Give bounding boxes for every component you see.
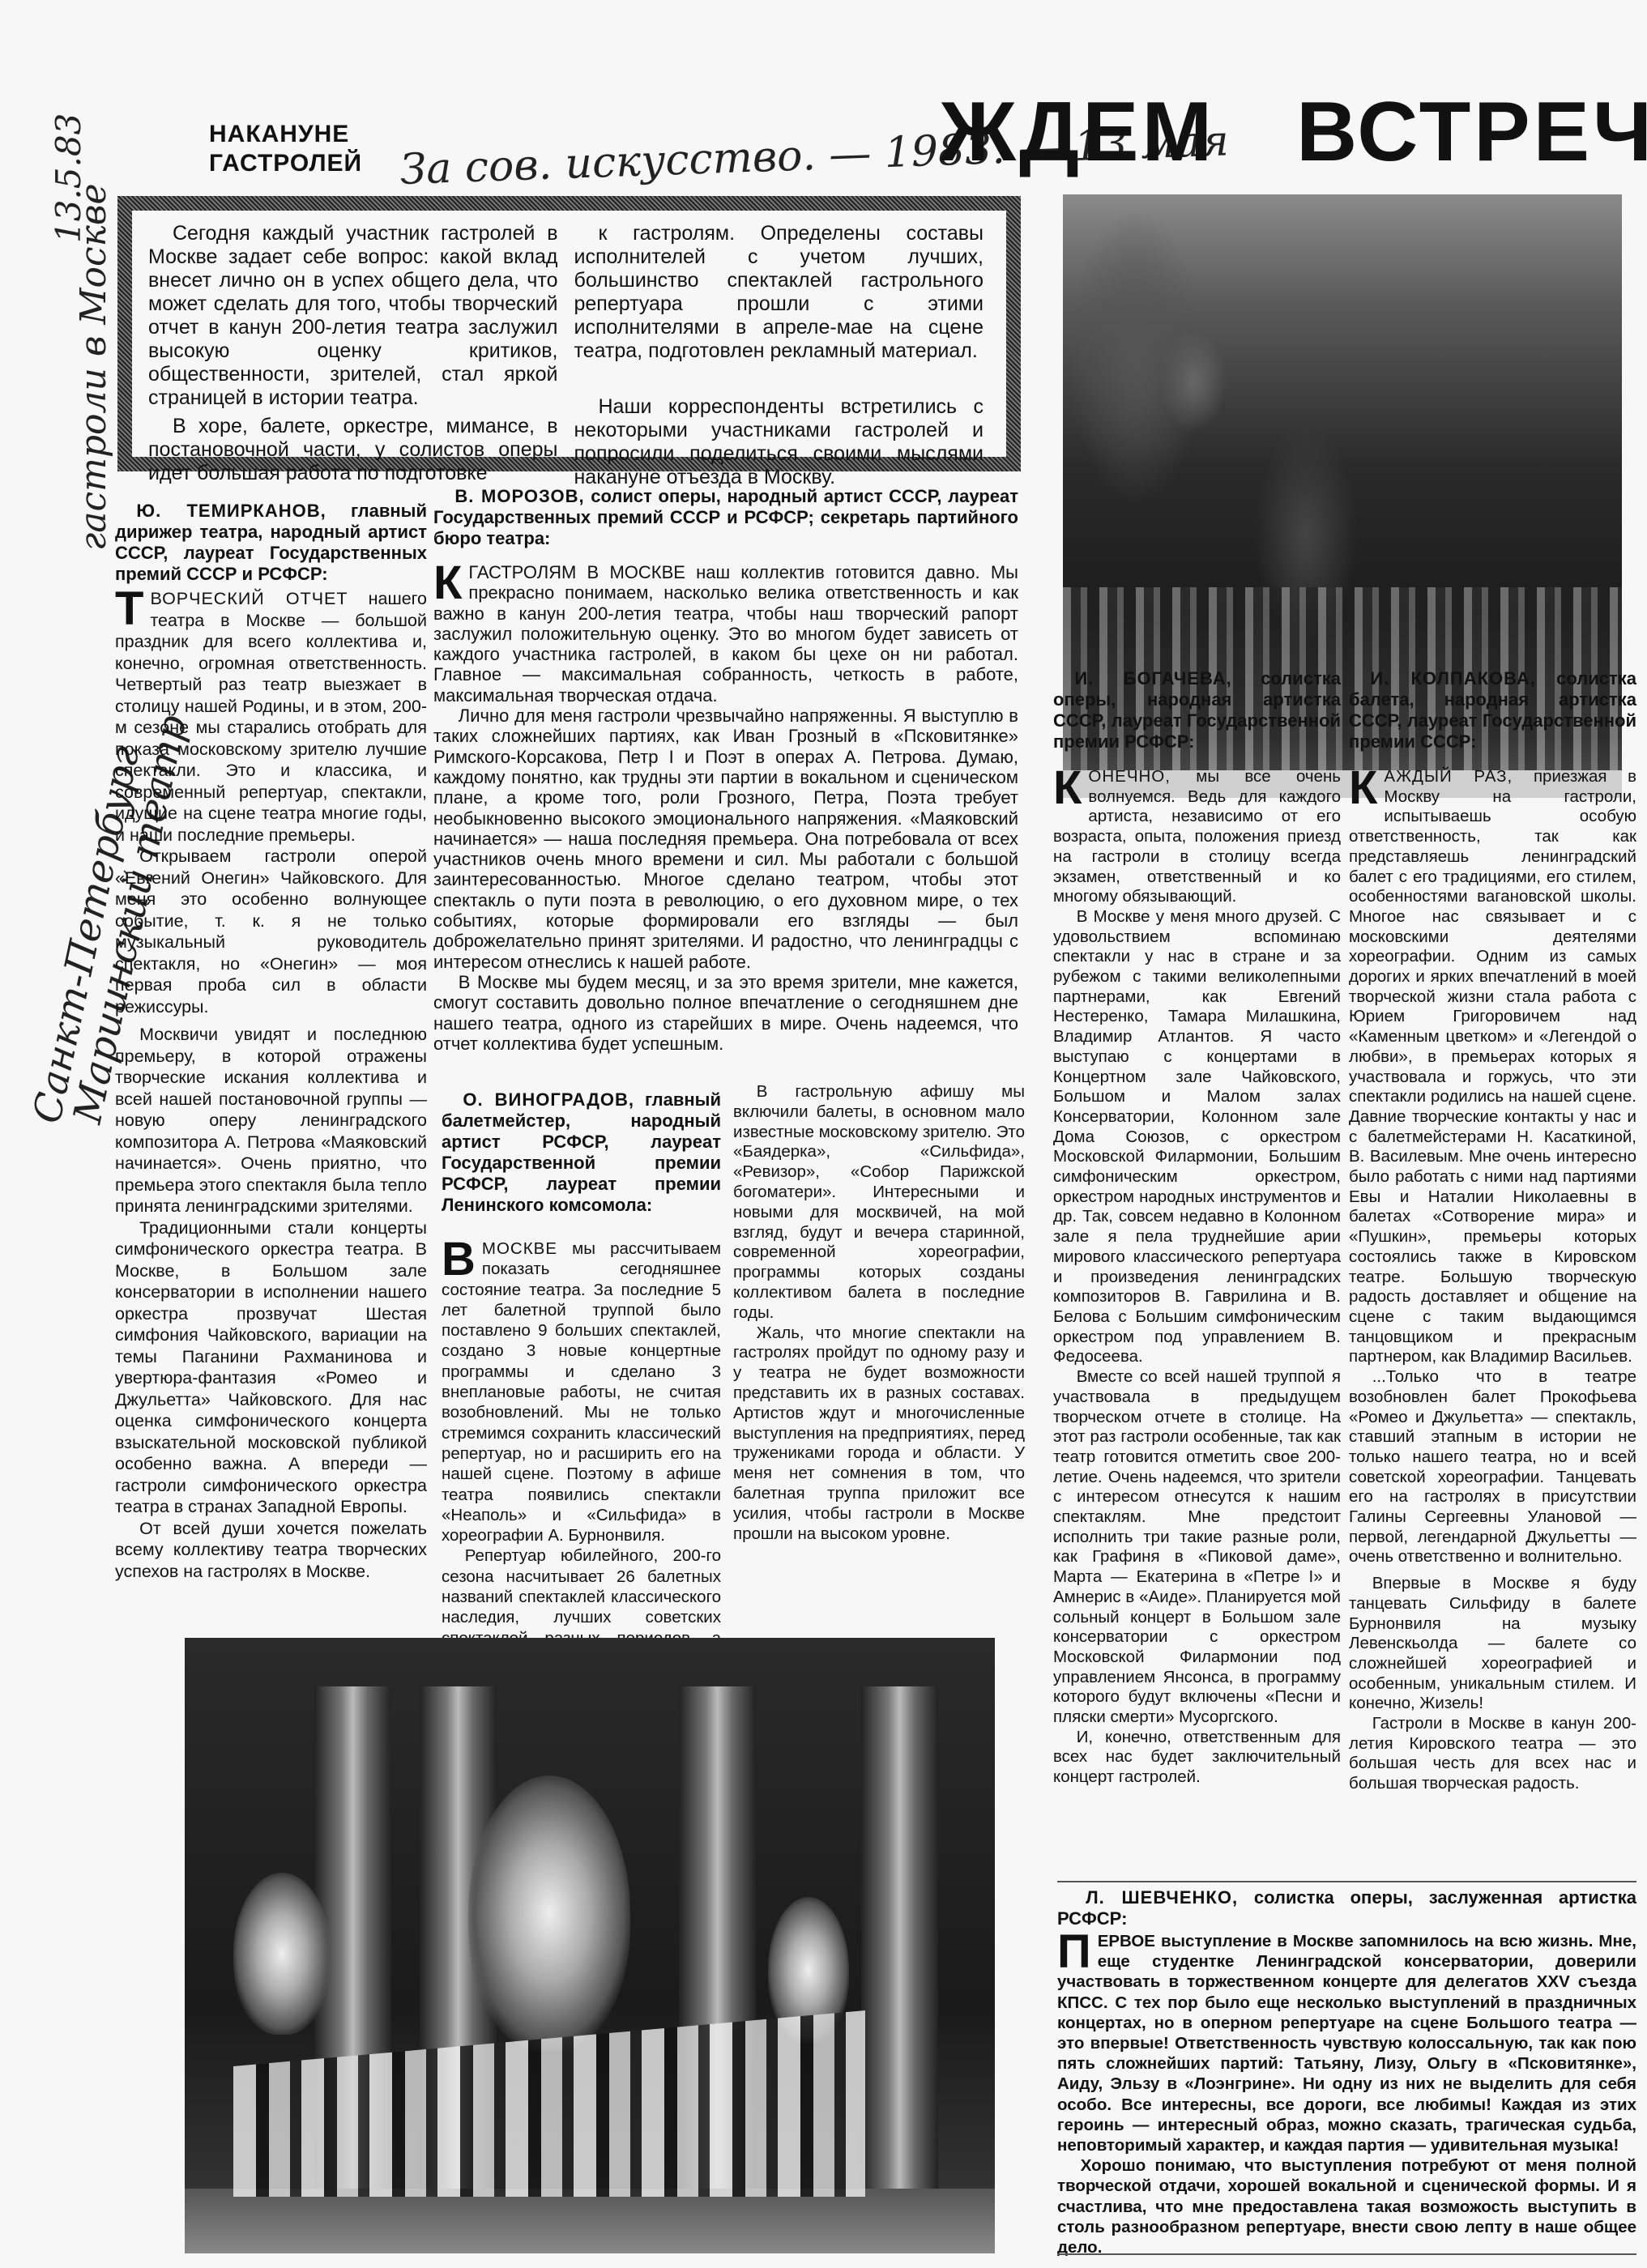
drop-cap: В bbox=[442, 1240, 476, 1279]
drop-cap: Т bbox=[115, 590, 143, 629]
byline: Л. ШЕВЧЕНКО, солистка оперы, заслуженная… bbox=[1057, 1887, 1636, 1929]
byline: И. БОГАЧЕВА, солистка оперы, народная ар… bbox=[1053, 668, 1341, 752]
byline: В. МОРОЗОВ, солист оперы, народный артис… bbox=[433, 486, 1018, 549]
paragraph-text: мы рассчитываем показать сегодняшнее сос… bbox=[442, 1239, 721, 1545]
article-body: К АЖДЫЙ РАЗ, приезжая в Москву на гастро… bbox=[1349, 767, 1636, 1794]
lead-caps: ГАСТРОЛЯМ В МОСКВЕ bbox=[468, 562, 685, 582]
lead-column-1: Сегодня каждый участник гастролей в Моск… bbox=[148, 222, 558, 446]
paragraph-text: наш коллектив готовится давно. Мы прекра… bbox=[433, 562, 1018, 706]
lead-caps: ЕРВОЕ bbox=[1098, 1932, 1155, 1950]
chandelier bbox=[233, 1873, 331, 2035]
byline: О. ВИНОГРАДОВ, главный балетмейстер, нар… bbox=[442, 1089, 721, 1216]
divider-bottom bbox=[1057, 2253, 1636, 2255]
article-body: К ГАСТРОЛЯМ В МОСКВЕ наш коллектив готов… bbox=[433, 562, 1018, 1054]
drop-cap: К bbox=[433, 564, 462, 603]
article-paragraph: От всей души хочется пожелать всему колл… bbox=[115, 1518, 427, 1583]
byline: Ю. ТЕМИРКАНОВ, главный дирижер театра, н… bbox=[115, 501, 427, 585]
article-paragraph: Жаль, что многие спектакли на гастролях … bbox=[733, 1324, 1025, 1545]
drop-cap: К bbox=[1349, 769, 1377, 808]
article-paragraph: Гастроли в Москве в канун 200-летия Киро… bbox=[1349, 1714, 1636, 1794]
author-name: И. БОГАЧЕВА, bbox=[1074, 668, 1231, 688]
rubric-line-2: ГАСТРОЛЕЙ bbox=[209, 149, 362, 178]
article-body: В МОСКВЕ мы рассчитываем показать сегодн… bbox=[442, 1238, 721, 1690]
page-headline: ЖДЕМ ВСТРЕЧИ bbox=[940, 87, 1647, 177]
handwritten-date: 13.5.83 bbox=[6, 57, 55, 243]
article-paragraph: Открываем гастроли оперой «Евгений Онеги… bbox=[115, 846, 427, 1017]
lead-paragraph: В хоре, балете, оркестре, мимансе, в пос… bbox=[148, 415, 558, 485]
lead-paragraph: Сегодня каждый участник гастролей в Моск… bbox=[148, 222, 558, 410]
lead-paragraph: Наши корреспонденты встретились с некото… bbox=[574, 395, 984, 489]
article-morozov: В. МОРОЗОВ, солист оперы, народный артис… bbox=[433, 486, 1018, 1054]
lead-caps: АЖДЫЙ РАЗ, bbox=[1384, 767, 1513, 786]
article-bogacheva: И. БОГАЧЕВА, солистка оперы, народная ар… bbox=[1053, 668, 1341, 1788]
paragraph-text: приезжая в Москву на гастроли, испытывае… bbox=[1349, 767, 1636, 1366]
article-paragraph: Хорошо понимаю, что выступления потребую… bbox=[1057, 2155, 1636, 2257]
article-paragraph: В Москве мы будем месяц, и за это время … bbox=[433, 972, 1018, 1054]
author-name: Ю. ТЕМИРКАНОВ, bbox=[136, 501, 326, 521]
lead-paragraph: к гастролям. Определены составы исполнит… bbox=[574, 222, 984, 363]
lead-box: Сегодня каждый участник гастролей в Моск… bbox=[117, 196, 1021, 471]
article-paragraph: Впервые в Москве я буду танцевать Сильфи… bbox=[1349, 1574, 1636, 1714]
headline-word-2: ВСТРЕЧИ bbox=[1296, 87, 1647, 177]
article-paragraph: К АЖДЫЙ РАЗ, приезжая в Москву на гастро… bbox=[1349, 767, 1636, 1367]
section-rubric: НАКАНУНЕ ГАСТРОЛЕЙ bbox=[209, 120, 362, 178]
article-paragraph: В МОСКВЕ мы рассчитываем показать сегодн… bbox=[442, 1238, 721, 1545]
ballroom-ballet-photo bbox=[185, 1638, 995, 2253]
article-vinogradov: О. ВИНОГРАДОВ, главный балетмейстер, нар… bbox=[442, 1089, 721, 1690]
article-paragraph: Традиционными стали концерты симфоническ… bbox=[115, 1217, 427, 1518]
divider-top bbox=[1057, 1881, 1636, 1882]
article-paragraph: Т ВОРЧЕСКИЙ ОТЧЕТ нашего театра в Москве… bbox=[115, 588, 427, 846]
author-name: Л. ШЕВЧЕНКО, bbox=[1086, 1887, 1238, 1908]
headline-word-1: ЖДЕМ bbox=[940, 87, 1215, 177]
author-name: В. МОРОЗОВ, bbox=[454, 486, 584, 506]
paragraph-text: выступление в Москве запомнилось на всю … bbox=[1057, 1932, 1636, 2155]
ballroom-floor bbox=[185, 2189, 995, 2253]
article-body: П ЕРВОЕ выступление в Москве запомнилось… bbox=[1057, 1931, 1636, 2257]
rubric-line-1: НАКАНУНЕ bbox=[209, 120, 362, 149]
article-vinogradov-continued: В гастрольную афишу мы включили балеты, … bbox=[733, 1082, 1025, 1544]
article-paragraph: П ЕРВОЕ выступление в Москве запомнилось… bbox=[1057, 1931, 1636, 2155]
article-paragraph: Лично для меня гастроли чрезвычайно напр… bbox=[433, 706, 1018, 972]
article-paragraph: И, конечно, ответственным для всех нас б… bbox=[1053, 1728, 1341, 1788]
article-paragraph: В Москве у меня много друзей. С удовольс… bbox=[1053, 907, 1341, 1367]
pillar bbox=[861, 1686, 938, 2221]
drop-cap: К bbox=[1053, 769, 1082, 808]
article-paragraph: К ГАСТРОЛЯМ В МОСКВЕ наш коллектив готов… bbox=[433, 562, 1018, 706]
lead-caps: МОСКВЕ bbox=[482, 1239, 557, 1258]
byline: И. КОЛПАКОВА, солистка балета, народная … bbox=[1349, 668, 1636, 752]
article-body: К ОНЕЧНО, мы все очень волнуемся. Ведь д… bbox=[1053, 767, 1341, 1788]
paragraph-text: мы все очень волнуемся. Ведь для каждого… bbox=[1053, 767, 1341, 906]
drop-cap: П bbox=[1057, 1933, 1091, 1972]
article-body: Т ВОРЧЕСКИЙ ОТЧЕТ нашего театра в Москве… bbox=[115, 588, 427, 1582]
lead-column-2: к гастролям. Определены составы исполнит… bbox=[574, 222, 984, 446]
lead-caps: ОНЕЧНО, bbox=[1088, 767, 1171, 786]
author-name: О. ВИНОГРАДОВ, bbox=[463, 1089, 634, 1110]
article-paragraph: В гастрольную афишу мы включили балеты, … bbox=[733, 1082, 1025, 1324]
lead-caps: ВОРЧЕСКИЙ ОТЧЕТ bbox=[150, 589, 348, 608]
article-paragraph: Москвичи увидят и последнюю премьеру, в … bbox=[115, 1024, 427, 1217]
article-temirkanov: Ю. ТЕМИРКАНОВ, главный дирижер театра, н… bbox=[115, 501, 427, 1582]
article-paragraph: Вместе со всей нашей труппой я участвова… bbox=[1053, 1367, 1341, 1728]
article-shevchenko: Л. ШЕВЧЕНКО, солистка оперы, заслуженная… bbox=[1057, 1887, 1636, 2257]
author-name: И. КОЛПАКОВА, bbox=[1370, 668, 1536, 688]
article-paragraph: К ОНЕЧНО, мы все очень волнуемся. Ведь д… bbox=[1053, 767, 1341, 907]
article-kolpakova: И. КОЛПАКОВА, солистка балета, народная … bbox=[1349, 668, 1636, 1794]
chandelier bbox=[468, 1776, 630, 2051]
paragraph-text: нашего театра в Москве — большой праздни… bbox=[115, 589, 427, 845]
article-paragraph: ...Только что в театре возобновлен балет… bbox=[1349, 1367, 1636, 1567]
